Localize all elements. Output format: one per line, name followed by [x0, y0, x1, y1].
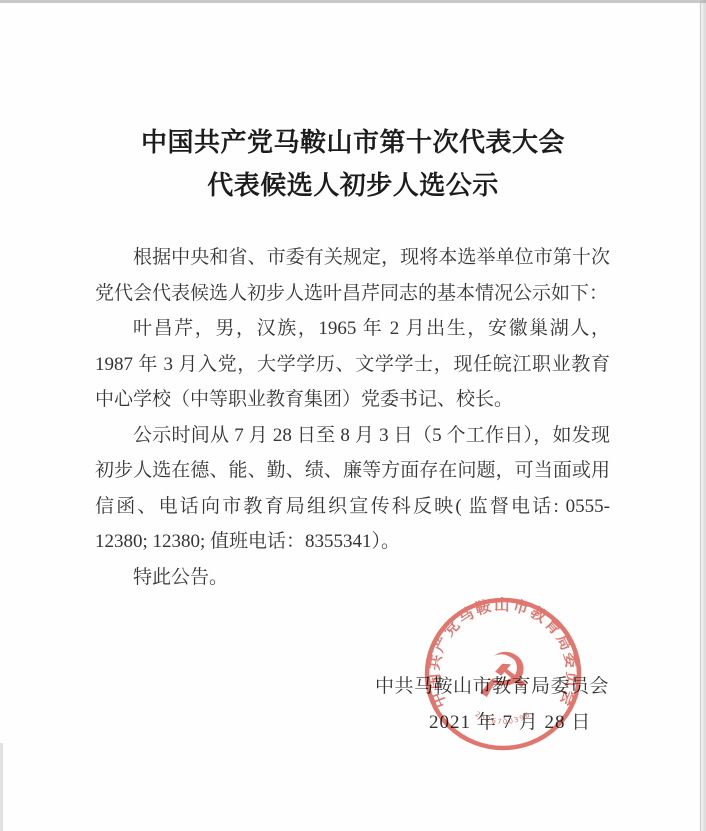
paragraph-closing: 特此公告。: [95, 560, 610, 596]
document-body: 根据中央和省、市委有关规定，现将本选举单位市第十次党代会代表候选人初步人选叶昌芹…: [0, 240, 706, 595]
paragraph-intro: 根据中央和省、市委有关规定，现将本选举单位市第十次党代会代表候选人初步人选叶昌芹…: [95, 240, 610, 311]
scan-edge-right-line: [700, 3, 701, 831]
title-line2: 代表候选人初步人选公示: [40, 164, 666, 207]
scan-edge-left-bottom: [0, 743, 3, 831]
official-seal: 中国共产党马鞍山市教育局委员会 ☭ 2626700396: [421, 596, 585, 752]
announcement-page: 中国共产党马鞍山市第十次代表大会 代表候选人初步人选公示 根据中央和省、市委有关…: [0, 0, 706, 831]
svg-text:2626700396: 2626700396: [474, 710, 533, 726]
seal-code-digits: 2626700396: [474, 710, 533, 726]
document-title: 中国共产党马鞍山市第十次代表大会 代表候选人初步人选公示: [0, 0, 706, 207]
scan-edge-top: [0, 0, 706, 3]
paragraph-publicity-period: 公示时间从 7 月 28 日至 8 月 3 日（5 个工作日），如发现初步人选在…: [95, 418, 610, 560]
paragraph-candidate-bio: 叶昌芹，男，汉族，1965 年 2 月出生，安徽巢湖人，1987 年 3 月入党…: [95, 311, 610, 418]
title-line1: 中国共产党马鞍山市第十次代表大会: [40, 121, 666, 164]
hammer-sickle-icon: ☭: [475, 639, 531, 712]
